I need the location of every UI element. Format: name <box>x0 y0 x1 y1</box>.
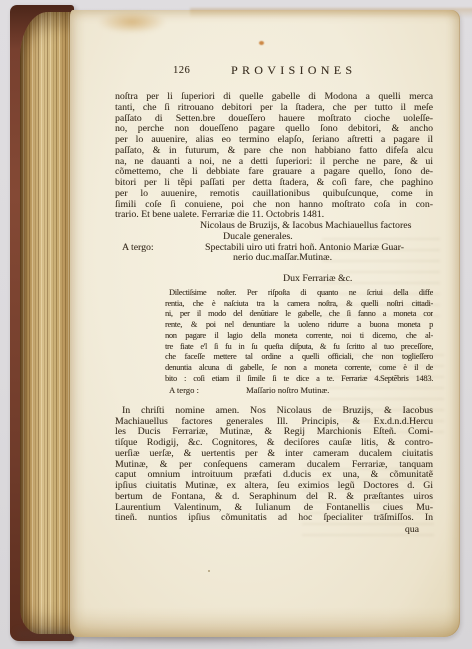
text-line: uerſiæ uerſæ, & uertentis per & inter ca… <box>115 449 433 460</box>
a-tergo-address: A tergo :Maſſario noſtro Mutinæ. <box>169 385 433 396</box>
text-line: tanti, che ſi ritrouano debitori per la … <box>115 103 433 114</box>
a-tergo-text: Spectabili uiro uti fratri hoñ. Antonio … <box>205 243 404 253</box>
text-line: Laurentium Valentinum, & Iulianum de Fon… <box>115 503 433 514</box>
text-line: Mutinæ, & per conſequens cameram ducalem… <box>115 460 433 471</box>
paragraph-2: Dilectiſsime noſter. Per riſpoſta di qua… <box>165 288 433 385</box>
running-title: PROVISIONES <box>231 63 356 77</box>
text-line: paſſato, & in futurum, & pare che non ha… <box>115 146 433 157</box>
a-tergo-label: A tergo : <box>169 385 246 396</box>
page-header: 126 PROVISIONES <box>115 64 433 77</box>
text-line: tre fiate e'l ſi fu in ſu queſta diſputa… <box>165 342 433 353</box>
text-line: tineñ. nuntios ipſius cõmunitatis ad hoc… <box>115 513 433 524</box>
page-stain <box>190 8 472 18</box>
page-stain <box>86 7 178 37</box>
text-line: noſtra per li ſuperiori di quelle gabell… <box>115 92 433 103</box>
signature-line: Ducale generales. <box>115 232 433 243</box>
page-stain <box>70 607 460 637</box>
text-line: tiſque Rodigij, &c. Cognitores, & deciſo… <box>115 438 433 449</box>
text-block: 126 PROVISIONES noſtra per li ſuperiori … <box>115 64 433 535</box>
a-tergo-address: A tergo:Spectabili uiro uti fratri hoñ. … <box>115 243 433 254</box>
text-line: paſſato di Setten.bre doueſſero hauere m… <box>115 114 433 125</box>
text-line: les Ducis Ferrariæ, Mutinæ, & Regij Marc… <box>115 427 433 438</box>
text-line: non pagare il lagio della moneta corrent… <box>165 331 433 342</box>
page-fore-edges <box>20 12 76 634</box>
text-line: In chriſti nomine amen. Nos Nicolaus de … <box>115 406 433 417</box>
text-line: ni, per il modo del denũtiare le gabelle… <box>165 309 433 320</box>
signature-line: Nicolaus de Bruzijs, & Iacobus Machiauel… <box>115 221 433 232</box>
text-line: bito : coſi etiam il ſimile ſi te dice a… <box>165 374 433 385</box>
a-tergo-text: nerio duc.maſſar.Mutinæ. <box>115 253 433 264</box>
text-line: bertum de Fontana, & d. Seraphinum del R… <box>115 492 433 503</box>
text-line: bitori per li tẽpi paſſati per detta ſta… <box>115 178 433 189</box>
document-heading: Dux Ferrariæ &c. <box>115 274 433 285</box>
text-line: per lo auuenire, remotis cauillationibus… <box>115 189 433 200</box>
text-line: Machiauellus factores generales Ill. Pri… <box>115 417 433 428</box>
text-line: Dilectiſsime noſter. Per riſpoſta di qua… <box>165 288 433 299</box>
photo-backdrop: 126 PROVISIONES noſtra per li ſuperiori … <box>0 0 472 649</box>
text-line: rentia, che è naſciuta tra la camera noſ… <box>165 299 433 310</box>
text-line: rente, & poi nel denuntiare la uoleno ri… <box>165 320 433 331</box>
paragraph-3: In chriſti nomine amen. Nos Nicolaus de … <box>115 406 433 524</box>
text-line: caput omnium introituum præfati d.ducis … <box>115 470 433 481</box>
book-page: 126 PROVISIONES noſtra per li ſuperiori … <box>70 10 460 637</box>
text-line: trario. Et bene ualete. Ferrariæ die 11.… <box>115 210 433 221</box>
a-tergo-text: Maſſario noſtro Mutinæ. <box>246 385 329 395</box>
text-line: na, ne dauanti a noi, ne a detti ſuperio… <box>115 157 433 168</box>
catchword: qua <box>115 524 433 535</box>
page-number: 126 <box>173 64 190 77</box>
text-line: ipſius ciuitatis Mutinæ, ex altera, ſeu … <box>115 481 433 492</box>
text-line: per lo auuenire, alias eo termino elapſo… <box>115 135 433 146</box>
text-line: cõmettemo, che li debbiate fare grauare … <box>115 167 433 178</box>
ink-spot <box>259 41 264 45</box>
page-speck <box>208 570 210 572</box>
text-line: no, perche non doueſſeno pagare quello ſ… <box>115 124 433 135</box>
paragraph-1: noſtra per li ſuperiori di quelle gabell… <box>115 92 433 221</box>
a-tergo-label: A tergo: <box>122 243 205 254</box>
text-line: denuntia alcuna di gabelle, ſe non a mon… <box>165 363 433 374</box>
text-line: ſimili coſe ſi conuiene, poi che non han… <box>115 200 433 211</box>
text-line: che faceſſe mettere tal ordine a quelli … <box>165 352 433 363</box>
